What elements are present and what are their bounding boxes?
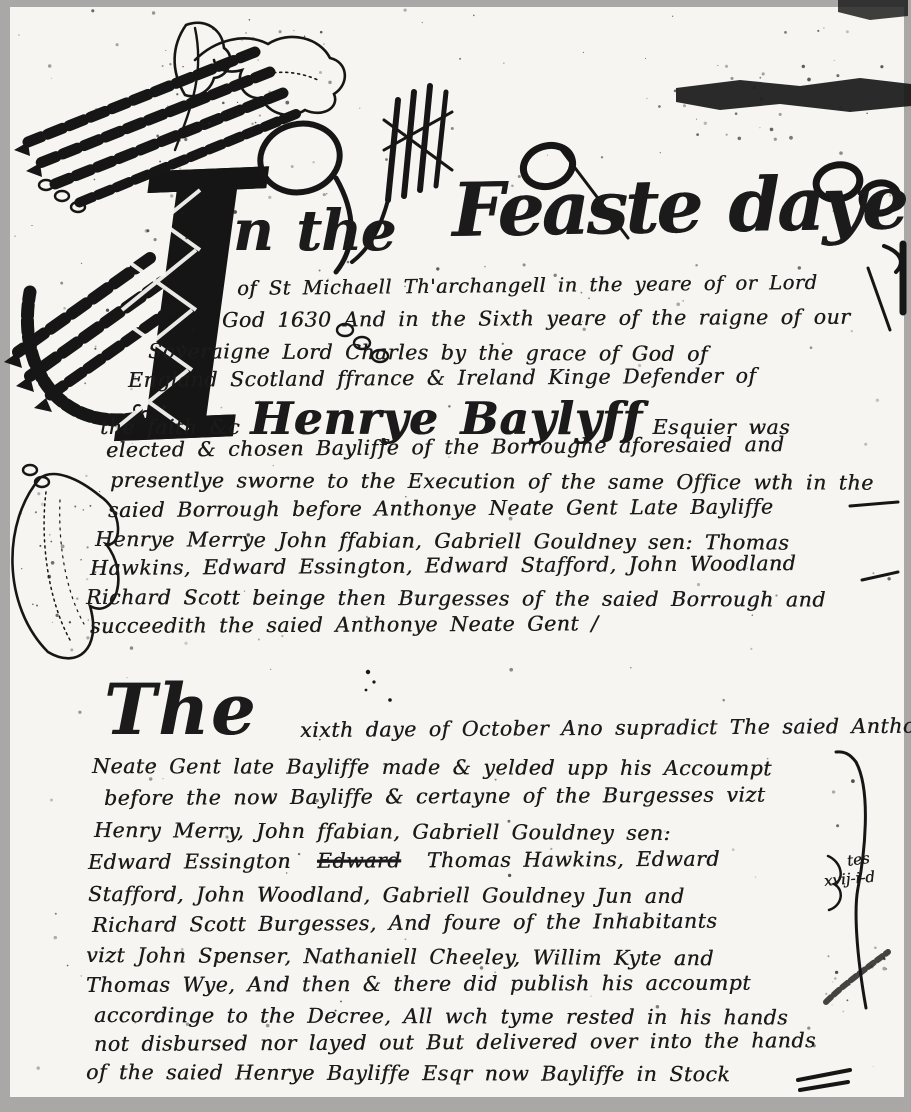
para2-first-line: xixth daye of October Ano supradict The … xyxy=(300,713,911,742)
para1-line: Soveraigne Lord Charles by the grace of … xyxy=(148,339,708,366)
para2-line: Stafford, John Woodland, Gabriell Gouldn… xyxy=(88,882,685,908)
para2-struck-line: Edward Essington Edward Thomas Hawkins, … xyxy=(88,847,720,874)
para1-line: Henrye Merrye John ffabian, Gabriell Gou… xyxy=(95,527,789,555)
para1-line: succeedith the saied Anthonye Neate Gent… xyxy=(90,611,599,638)
margin-note-word: tes xyxy=(846,849,871,870)
struck-line-post: Thomas Hawkins, Edward xyxy=(427,847,720,873)
para2-line: accordinge to the Decree, All wch tyme r… xyxy=(94,1003,788,1029)
para2-line: before the now Bayliffe & certayne of th… xyxy=(104,783,766,810)
para2-line: of the saied Henrye Bayliffe Esqr now Ba… xyxy=(86,1060,730,1086)
struck-line-pre: Edward Essington xyxy=(88,849,291,874)
struck-word: Edward xyxy=(317,848,401,872)
heading-word-start: n the xyxy=(233,198,395,264)
para2-line: Richard Scott Burgesses, And foure of th… xyxy=(92,909,717,937)
para1-line: Hawkins, Edward Essington, Edward Staffo… xyxy=(90,551,796,580)
para1-line: God 1630 And in the Sixth yeare of the r… xyxy=(222,305,851,332)
para2-line: Henry Merry, John ffabian, Gabriell Goul… xyxy=(94,818,671,845)
para2-line: vizt John Spenser, Nathaniell Cheeley, W… xyxy=(86,943,714,970)
para1-name-pre: the faith &c xyxy=(100,415,240,439)
para2-line: not disbursed nor layed out But delivere… xyxy=(94,1028,816,1056)
para2-line: Neate Gent late Bayliffe made & yelded u… xyxy=(92,754,772,780)
para1-line: saied Borrough before Anthonye Neate Gen… xyxy=(108,495,774,522)
para2-line: Thomas Wye, And then & there did publish… xyxy=(86,971,751,997)
manuscript-scan: I xyxy=(0,0,911,1112)
para2-initial-word: The xyxy=(104,668,258,751)
para1-line: England Scotland ffrance & Ireland Kinge… xyxy=(128,364,757,392)
para1-line: presentlye sworne to the Execution of th… xyxy=(110,468,874,495)
para1-line: Richard Scott beinge then Burgesses of t… xyxy=(86,585,826,612)
heading-word-main: Feaste daye xyxy=(451,160,906,254)
